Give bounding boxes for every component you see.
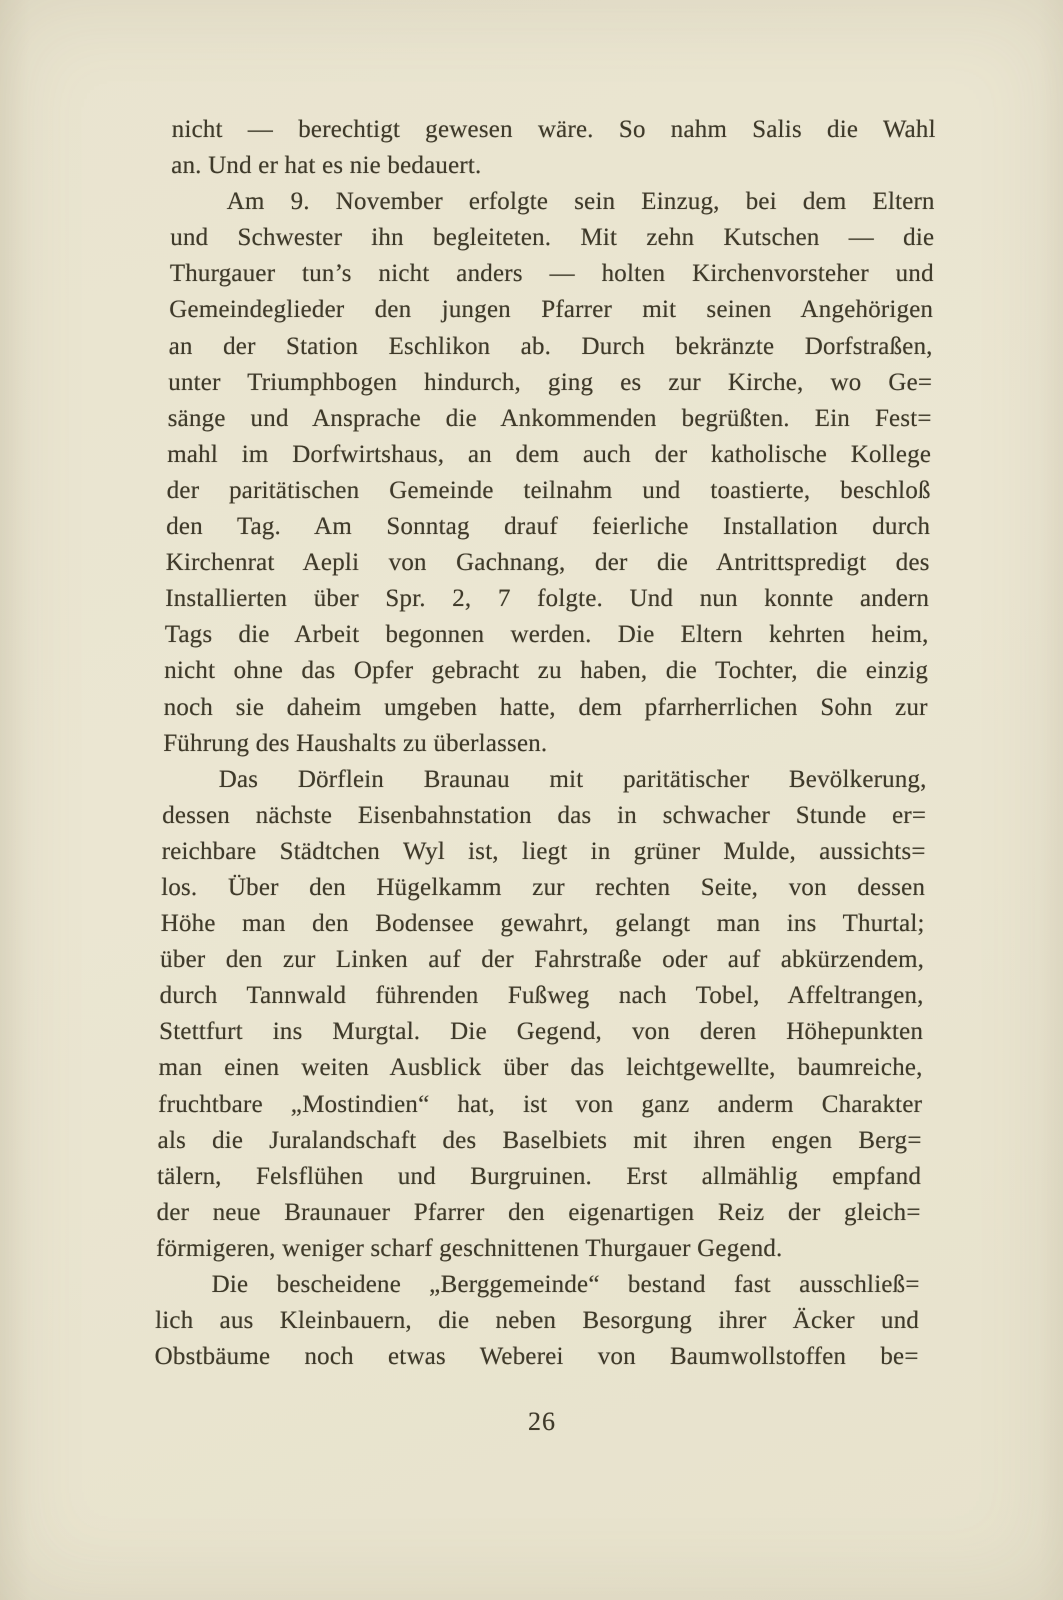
text-line: fruchtbare „Mostindien“ hat, ist von gan… (158, 1087, 923, 1123)
text-line: Am 9. November erfolgte sein Einzug, bei… (170, 184, 935, 220)
text-line: nicht — berechtigt gewesen wäre. So nahm… (171, 112, 936, 148)
text-line: Installierten über Spr. 2, 7 folgte. Und… (165, 581, 930, 617)
text-block: nicht — berechtigt gewesen wäre. So nahm… (154, 112, 936, 1375)
text-line: man einen weiten Ausblick über das leich… (158, 1050, 923, 1086)
text-line: Die bescheidene „Berggemeinde“ bestand f… (155, 1267, 920, 1303)
text-line: und Schwester ihn begleiteten. Mit zehn … (170, 220, 935, 256)
text-line: den Tag. Am Sonntag drauf feierliche Ins… (166, 509, 931, 545)
text-line: noch sie daheim umgeben hatte, dem pfarr… (163, 690, 928, 726)
text-line: los. Über den Hügelkamm zur rechten Seit… (161, 870, 926, 906)
text-line: an der Station Eschlikon ab. Durch bekrä… (168, 329, 933, 365)
text-line: dessen nächste Eisenbahnstation das in s… (162, 798, 927, 834)
text-line: an. Und er hat es nie bedauert. (171, 148, 936, 184)
text-line: Führung des Haushalts zu überlassen. (163, 726, 928, 762)
text-line: Kirchenrat Aepli von Gachnang, der die A… (165, 545, 930, 581)
text-line: mahl im Dorfwirtshaus, an dem auch der k… (167, 437, 932, 473)
text-line: sänge und Ansprache die Ankommenden begr… (167, 401, 932, 437)
text-line: lich aus Kleinbauern, die neben Besorgun… (155, 1303, 920, 1339)
text-line: Thurgauer tun’s nicht anders — holten Ki… (169, 256, 934, 292)
text-line: Gemeindeglieder den jungen Pfarrer mit s… (169, 292, 934, 328)
text-line: der neue Braunauer Pfarrer den eigenarti… (156, 1195, 921, 1231)
text-line: nicht ohne das Opfer gebracht zu haben, … (164, 653, 929, 689)
book-page-scan: nicht — berechtigt gewesen wäre. So nahm… (0, 0, 1063, 1600)
text-line: Höhe man den Bodensee gewahrt, gelangt m… (160, 906, 925, 942)
page-number: 26 (172, 1404, 912, 1440)
text-line: Stettfurt ins Murgtal. Die Gegend, von d… (159, 1014, 924, 1050)
text-line: der paritätischen Gemeinde teilnahm und … (166, 473, 931, 509)
text-line: über den zur Linken auf der Fahrstraße o… (160, 942, 925, 978)
text-line: durch Tannwald führenden Fußweg nach Tob… (159, 978, 924, 1014)
text-line: Obstbäume noch etwas Weberei von Baumwol… (154, 1339, 919, 1375)
text-line: unter Triumphbogen hindurch, ging es zur… (168, 365, 933, 401)
text-line: als die Juralandschaft des Baselbiets mi… (157, 1123, 922, 1159)
text-line: tälern, Felsflühen und Burgruinen. Erst … (157, 1159, 922, 1195)
text-line: förmigeren, weniger scharf geschnittenen… (156, 1231, 921, 1267)
text-line: reichbare Städtchen Wyl ist, liegt in gr… (161, 834, 926, 870)
text-line: Das Dörflein Braunau mit paritätischer B… (162, 762, 927, 798)
text-line: Tags die Arbeit begonnen werden. Die Elt… (164, 617, 929, 653)
